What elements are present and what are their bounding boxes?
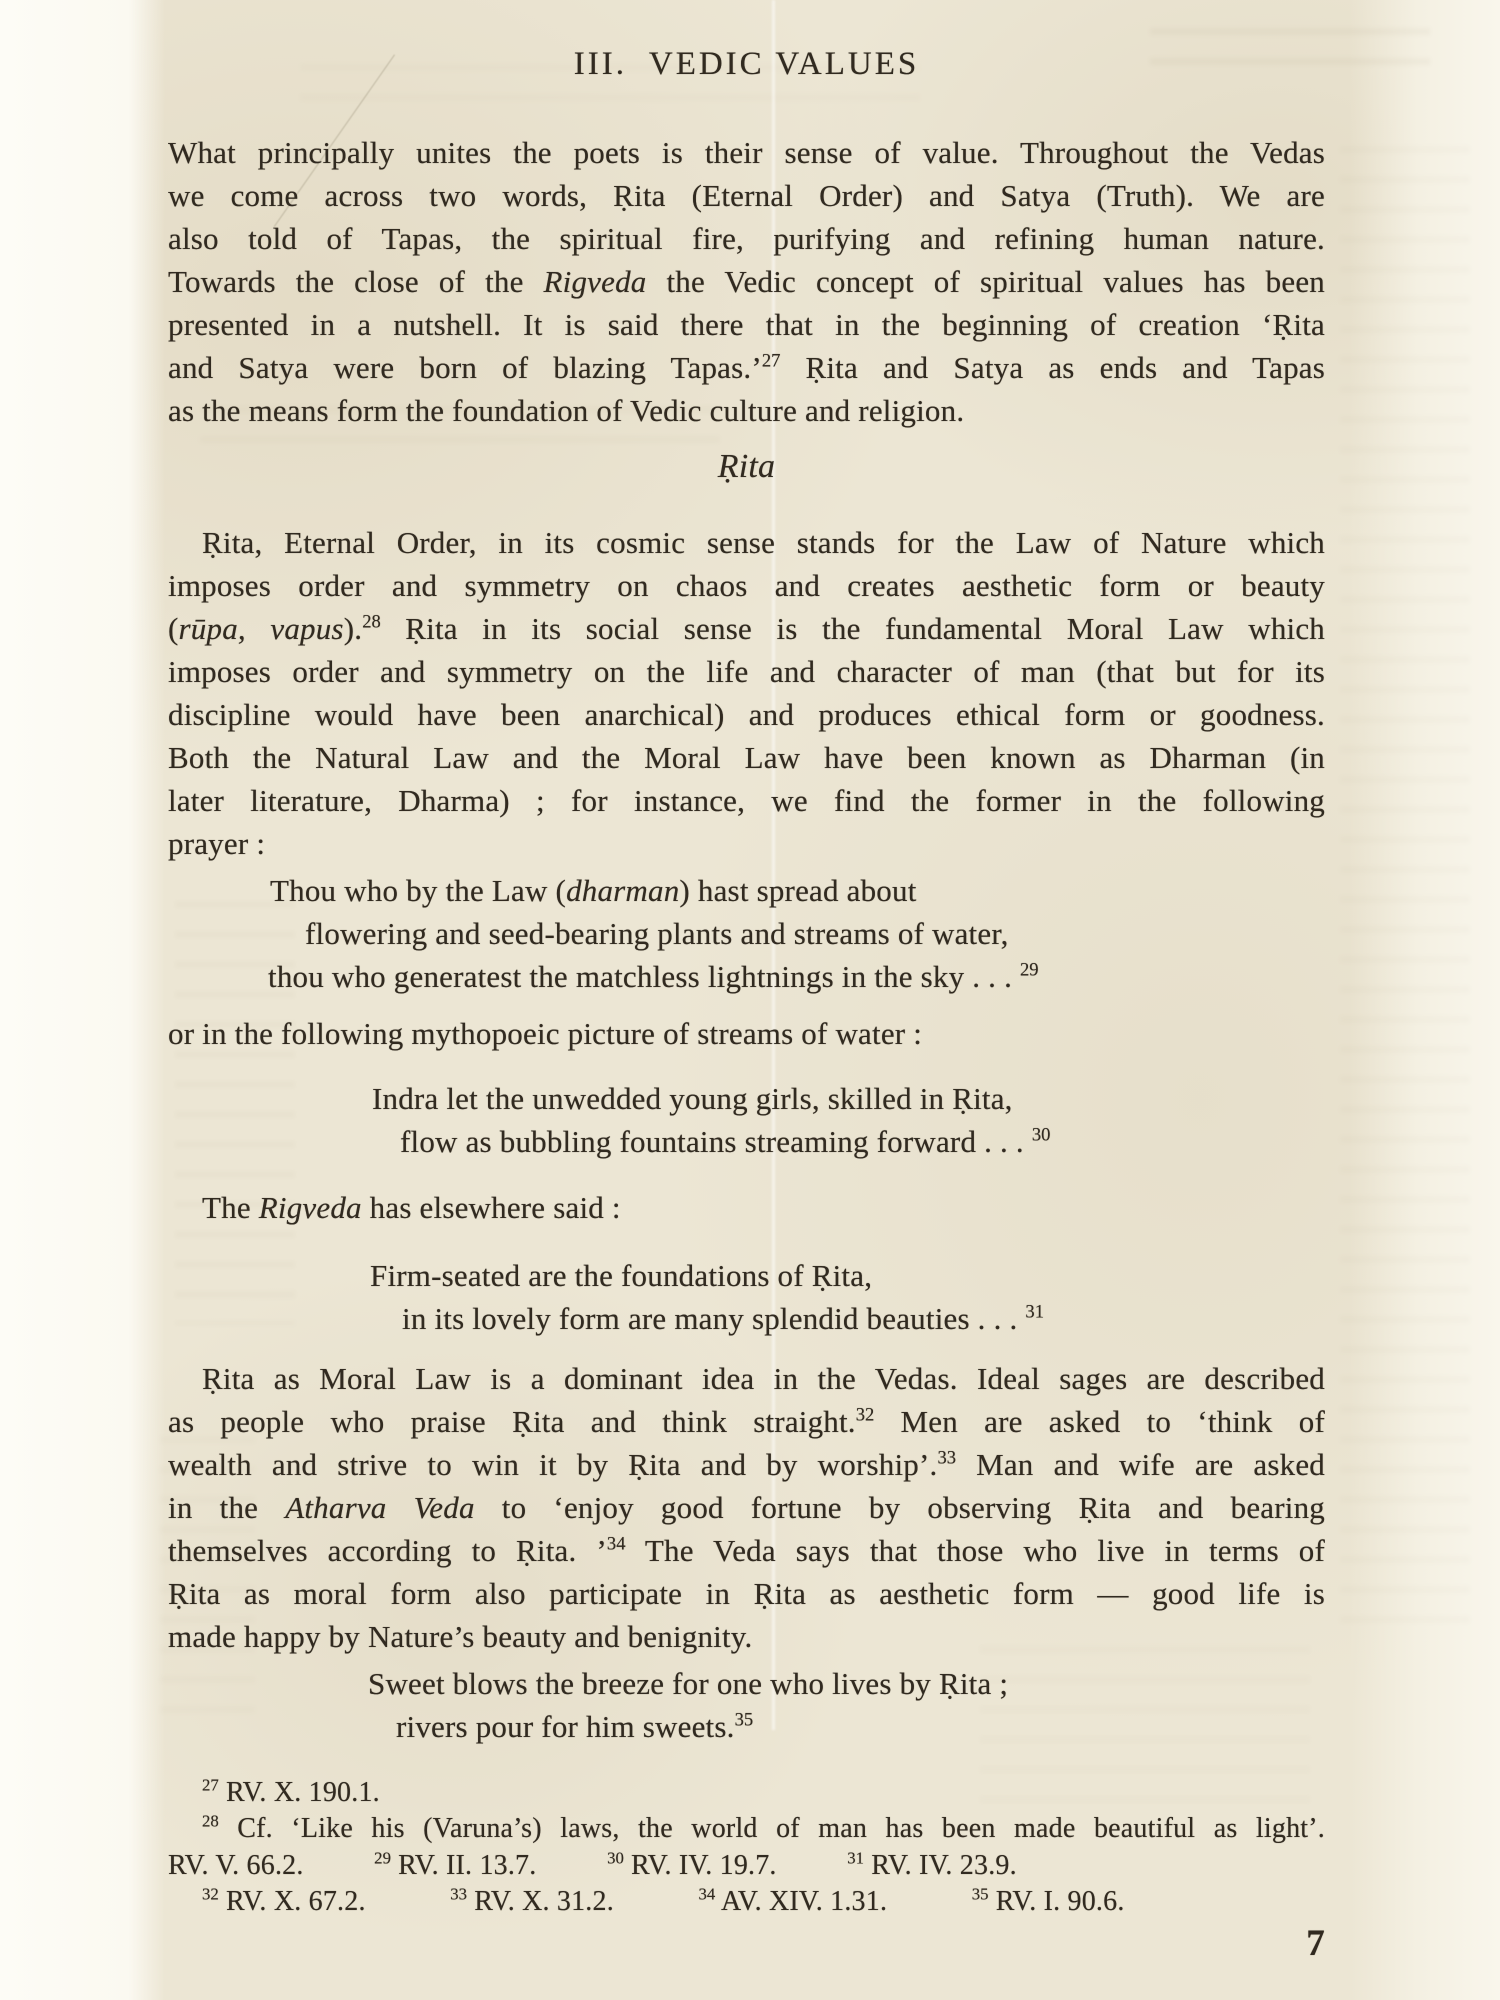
page-number: 7 [168, 1922, 1325, 1966]
text-line: prayer : [168, 822, 1325, 865]
verse-quote-1: Thou who by the Law (dharman) hast sprea… [168, 869, 1325, 998]
footnote-line: RV. V. 66.2. 29 RV. II. 13.7. 30 RV. IV.… [168, 1848, 1325, 1884]
verse-line: in its lovely form are many splendid bea… [168, 1297, 1325, 1340]
text-line: Ṛita as Moral Law is a dominant idea in … [168, 1357, 1325, 1400]
paragraph-intro: What principally unites the poets is the… [168, 131, 1325, 432]
text-line: discipline would have been anarchical) a… [168, 693, 1325, 736]
connector-text-1: or in the following mythopoeic picture o… [168, 1012, 1325, 1055]
text-line: as the means form the foundation of Vedi… [168, 389, 1325, 432]
verse-line: Sweet blows the breeze for one who lives… [168, 1662, 1325, 1705]
text-line: What principally unites the poets is the… [168, 131, 1325, 174]
text-line: Both the Natural Law and the Moral Law h… [168, 736, 1325, 779]
verse-line: flowering and seed-bearing plants and st… [168, 912, 1325, 955]
verse-quote-3: Firm-seated are the foundations of Ṛita,… [168, 1254, 1325, 1340]
verse-line: Indra let the unwedded young girls, skil… [168, 1077, 1325, 1120]
text-line: wealth and strive to win it by Ṛita and … [168, 1443, 1325, 1486]
footnotes: 27 RV. X. 190.1. 28 Cf. ‘Like his (Varun… [168, 1775, 1325, 1921]
book-page: III. VEDIC VALUES What principally unite… [0, 0, 1500, 2000]
footnote-line: 27 RV. X. 190.1. [168, 1775, 1325, 1811]
verse-line: Firm-seated are the foundations of Ṛita, [168, 1254, 1325, 1297]
bleedthrough-artifact [1340, 140, 1470, 1640]
verse-quote-2: Indra let the unwedded young girls, skil… [168, 1077, 1325, 1163]
text-line: imposes order and symmetry on the life a… [168, 650, 1325, 693]
verse-line: flow as bubbling fountains streaming for… [168, 1120, 1325, 1163]
paragraph-rita-moral: Ṛita as Moral Law is a dominant idea in … [168, 1357, 1325, 1658]
verse-line: Thou who by the Law (dharman) hast sprea… [168, 869, 1325, 912]
text-line: we come across two words, Ṛita (Eternal … [168, 174, 1325, 217]
text-line: later literature, Dharma) ; for instance… [168, 779, 1325, 822]
text-line: Ṛita, Eternal Order, in its cosmic sense… [168, 521, 1325, 564]
text-line: and Satya were born of blazing Tapas.’27… [168, 346, 1325, 389]
footnote-line: 28 Cf. ‘Like his (Varuna’s) laws, the wo… [168, 1811, 1325, 1847]
text-line: made happy by Nature’s beauty and benign… [168, 1615, 1325, 1658]
text-line: imposes order and symmetry on chaos and … [168, 564, 1325, 607]
text-line: themselves according to Ṛita. ’34 The Ve… [168, 1529, 1325, 1572]
text-line: also told of Tapas, the spiritual fire, … [168, 217, 1325, 260]
verse-line: rivers pour for him sweets.35 [168, 1705, 1325, 1748]
text-line: The Rigveda has elsewhere said : [168, 1186, 1325, 1229]
footnote-line: 32 RV. X. 67.2. 33 RV. X. 31.2. 34 AV. X… [168, 1884, 1325, 1920]
paragraph-rita-cosmic: Ṛita, Eternal Order, in its cosmic sense… [168, 521, 1325, 865]
section-heading: Ṛita [168, 444, 1325, 490]
verse-quote-4: Sweet blows the breeze for one who lives… [168, 1662, 1325, 1748]
left-gutter-highlight [0, 0, 165, 2000]
verse-line: thou who generatest the matchless lightn… [168, 955, 1325, 998]
text-line: as people who praise Ṛita and think stra… [168, 1400, 1325, 1443]
text-line: or in the following mythopoeic picture o… [168, 1012, 1325, 1055]
text-line: presented in a nutshell. It is said ther… [168, 303, 1325, 346]
page-title: III. VEDIC VALUES [168, 44, 1325, 84]
text-line: Ṛita as moral form also participate in Ṛ… [168, 1572, 1325, 1615]
text-line: Towards the close of the Rigveda the Ved… [168, 260, 1325, 303]
text-line: in the Atharva Veda to ‘enjoy good fortu… [168, 1486, 1325, 1529]
text-line: (rūpa, vapus).28 Ṛita in its social sens… [168, 607, 1325, 650]
connector-text-2: The Rigveda has elsewhere said : [168, 1186, 1325, 1229]
